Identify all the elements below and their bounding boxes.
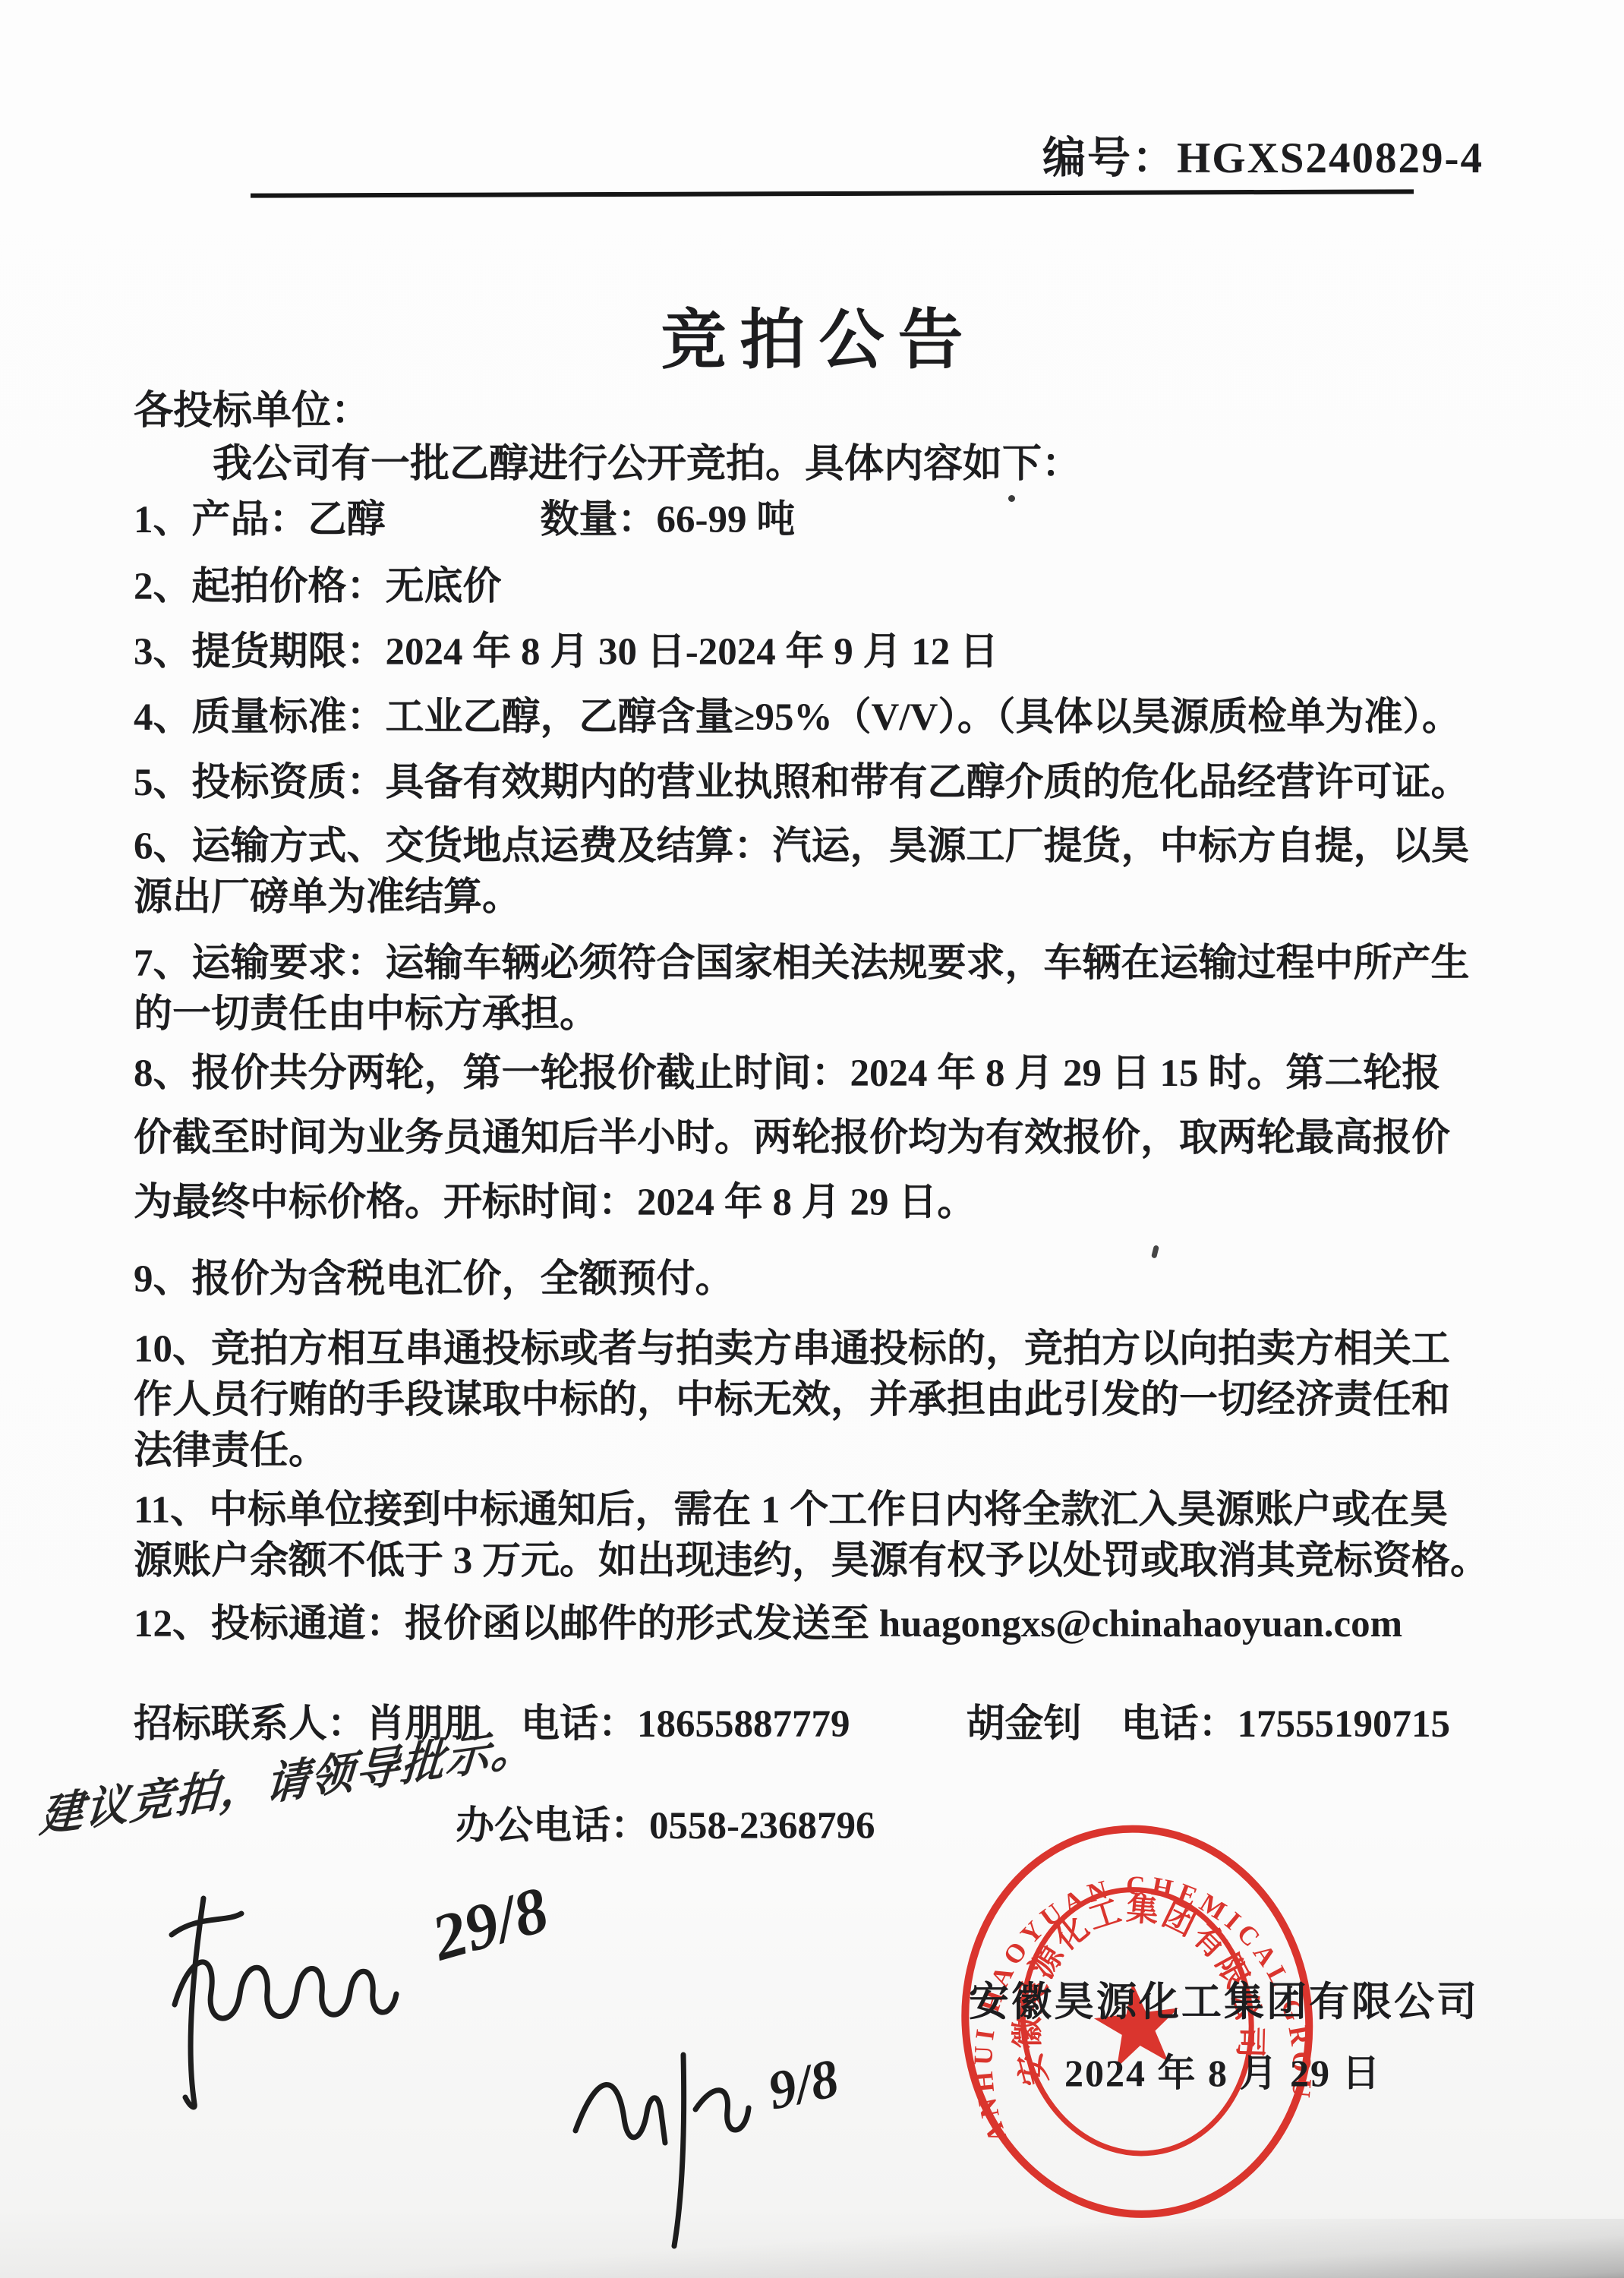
item-9: 9、报价为含税电汇价，全额预付。 (134, 1254, 1500, 1305)
approval-signature-scribble: 29/8 (121, 1869, 562, 2128)
header-divider (251, 189, 1414, 197)
signature-stroke (185, 1898, 203, 2107)
office-phone-line: 办公电话：0558-2368796 (456, 1794, 875, 1850)
item-8-line1: 8、报价共分两轮，第一轮报价截止时间：2024 年 8 月 29 日 15 时。… (134, 1042, 1500, 1106)
approval-date-handwritten: 29/8 (423, 1873, 556, 1975)
item-12: 12、投标通道：报价函以邮件的形式发送至 huagongxs@chinahaoy… (134, 1599, 1500, 1650)
sign-date-handwritten: 9/8 (763, 2047, 844, 2121)
salutation: 各投标单位： (134, 378, 371, 435)
signature-stroke (674, 2055, 684, 2246)
item-1: 1、产品：乙醇 数量：66-99 吨 (134, 495, 1500, 546)
item-5: 5、投标资质：具备有效期内的营业执照和带有乙醇介质的危化品经营许可证。 (134, 758, 1500, 809)
signature-stroke (695, 2090, 749, 2130)
intro-paragraph: 我公司有一批乙醇进行公开竞拍。具体内容如下： (213, 431, 1081, 488)
signature-date: 2024 年 8 月 29 日 (1064, 2043, 1382, 2097)
item-10-line1: 10、竞拍方相互串通投标或者与拍卖方串通投标的，竞拍方以向拍卖方相关工 (134, 1324, 1500, 1375)
item-6: 6、运输方式、交货地点运费及结算：汽运，昊源工厂提货，中标方自提，以昊 源出厂磅… (134, 822, 1500, 923)
item-10-line2: 作人员行贿的手段谋取中标的，中标无效，并承担由此引发的一切经济责任和 (134, 1375, 1500, 1426)
item-8-line3: 为最终中标价格。开标时间：2024 年 8 月 29 日。 (134, 1171, 1500, 1235)
doc-number: 编号：HGXS240829-4 (1042, 123, 1484, 185)
item-10: 10、竞拍方相互串通投标或者与拍卖方串通投标的，竞拍方以向拍卖方相关工 作人员行… (134, 1324, 1500, 1477)
signature-stroke (172, 1914, 241, 1935)
item-8-line2: 价截至时间为业务员通知后半小时。两轮报价均为有效报价，取两轮最高报价 (134, 1106, 1500, 1171)
signature-company: 安徽昊源化工集团有限公司 (969, 1970, 1479, 2027)
item-11-line2: 源账户余额不低于 3 万元。如出现违约，昊源有权予以处罚或取消其竞标资格。 (134, 1536, 1500, 1587)
item-11-line1: 11、中标单位接到中标通知后，需在 1 个工作日内将全款汇入昊源账户或在昊 (134, 1485, 1500, 1536)
item-7-line1: 7、运输要求：运输车辆必须符合国家相关法规要求，车辆在运输过程中所产生 (134, 939, 1500, 989)
item-4-line: 4、质量标准：工业乙醇，乙醇含量≥95%（V/V）。（具体以昊源质检单为准）。 (134, 693, 1500, 743)
item-6-line1: 6、运输方式、交货地点运费及结算：汽运，昊源工厂提货，中标方自提，以昊 (134, 822, 1500, 872)
item-10-line3: 法律责任。 (134, 1426, 1500, 1477)
item-7: 7、运输要求：运输车辆必须符合国家相关法规要求，车辆在运输过程中所产生 的一切责… (134, 939, 1500, 1040)
item-7-line2: 的一切责任由中标方承担。 (134, 989, 1500, 1040)
page-title: 竞拍公告 (0, 287, 1624, 381)
second-signature-scribble: 9/8 (554, 2024, 888, 2267)
signature-stroke (175, 1962, 396, 2018)
document-page: 编号：HGXS240829-4 竞拍公告 各投标单位： 我公司有一批乙醇进行公开… (0, 0, 1624, 2278)
signature-stroke (575, 2084, 665, 2143)
scan-speck (1008, 495, 1015, 502)
item-12-line: 12、投标通道：报价函以邮件的形式发送至 huagongxs@chinahaoy… (134, 1599, 1500, 1650)
item-11: 11、中标单位接到中标通知后，需在 1 个工作日内将全款汇入昊源账户或在昊 源账… (134, 1485, 1500, 1587)
item-3: 3、提货期限：2024 年 8 月 30 日-2024 年 9 月 12 日 (134, 627, 1500, 678)
item-4: 4、质量标准：工业乙醇，乙醇含量≥95%（V/V）。（具体以昊源质检单为准）。 (134, 693, 1500, 743)
item-9-line: 9、报价为含税电汇价，全额预付。 (134, 1254, 1500, 1305)
item-1-line: 1、产品：乙醇 数量：66-99 吨 (134, 495, 1500, 546)
item-3-line: 3、提货期限：2024 年 8 月 30 日-2024 年 9 月 12 日 (134, 627, 1500, 678)
item-8: 8、报价共分两轮，第一轮报价截止时间：2024 年 8 月 29 日 15 时。… (134, 1042, 1500, 1235)
item-6-line2: 源出厂磅单为准结算。 (134, 872, 1500, 923)
item-2: 2、起拍价格：无底价 (134, 562, 1500, 613)
item-5-line: 5、投标资质：具备有效期内的营业执照和带有乙醇介质的危化品经营许可证。 (134, 758, 1500, 809)
item-2-line: 2、起拍价格：无底价 (134, 562, 1500, 613)
